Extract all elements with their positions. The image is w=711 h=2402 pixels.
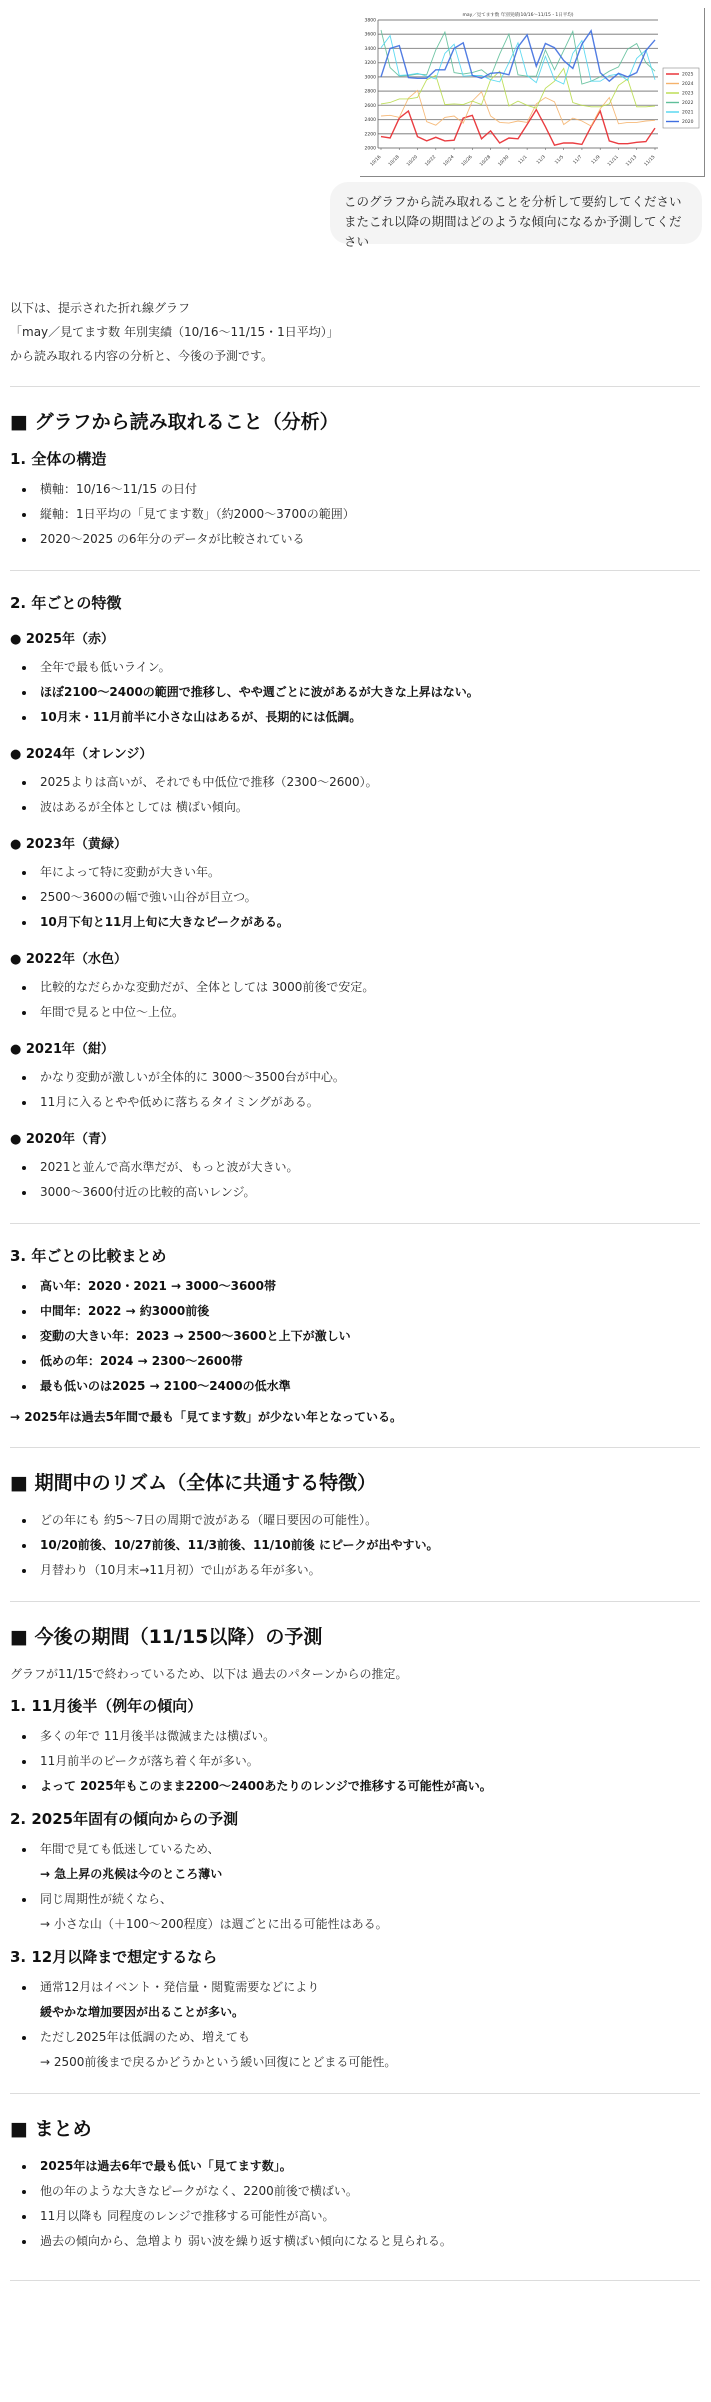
- list-item: 通常12月はイベント・発信量・閲覧需要などにより 緩やかな増加要因が出ることが多…: [40, 1975, 700, 2025]
- forecast-heading: ■ 今後の期間（11/15以降）の予測: [10, 1622, 700, 1652]
- trend-2025-heading: 2. 2025年固有の傾向からの予測: [10, 1807, 700, 1831]
- list-item: 2500〜3600の幅で強い山谷が目立つ。: [40, 885, 700, 910]
- divider: [10, 1223, 700, 1224]
- svg-text:2000: 2000: [365, 146, 377, 152]
- list-item: 他の年のような大きなピークがなく、2200前後で横ばい。: [40, 2179, 700, 2204]
- list-item: 月替わり（10月末→11月初）で山がある年が多い。: [40, 1558, 700, 1583]
- divider: [10, 1601, 700, 1602]
- divider: [10, 2093, 700, 2094]
- svg-text:2022: 2022: [682, 100, 694, 106]
- svg-text:2021: 2021: [682, 110, 694, 116]
- svg-text:11/9: 11/9: [590, 154, 601, 165]
- list-item: 縦軸：1日平均の「見てます数」（約2000〜3700の範囲）: [40, 502, 700, 527]
- list-item: 過去の傾向から、急増より 弱い波を繰り返す横ばい傾向になると見られる。: [40, 2229, 700, 2254]
- year-2024-list: 2025よりは高いが、それでも中低位で推移（2300〜2600）。 波はあるが全…: [10, 770, 700, 820]
- list-item: ただし2025年は低調のため、増えても → 2500前後まで戻るかどうかという緩…: [40, 2025, 700, 2075]
- yearly-heading: 2. 年ごとの特徴: [10, 591, 700, 615]
- comparison-list: 高い年：2020・2021 → 3000〜3600帯 中間年：2022 → 約3…: [10, 1274, 700, 1399]
- list-item: どの年にも 約5〜7日の周期で波がある（曜日要因の可能性）。: [40, 1508, 700, 1533]
- svg-text:2400: 2400: [365, 117, 377, 123]
- trend-2025-list: 年間で見ても低迷しているため、 → 急上昇の兆候は今のところ薄い 同じ周期性が続…: [10, 1837, 700, 1937]
- divider: [10, 570, 700, 571]
- svg-text:11/15: 11/15: [643, 154, 657, 168]
- user-message-line-1: このグラフから読み取れることを分析して要約してください: [344, 192, 688, 212]
- list-item: 多くの年で 11月後半は微減または横ばい。: [40, 1724, 700, 1749]
- list-item: 同じ周期性が続くなら、 → 小さな山（＋100〜200程度）は週ごとに出る可能性…: [40, 1887, 700, 1937]
- divider: [10, 2280, 700, 2281]
- list-item: よって 2025年もこのまま2200〜2400あたりのレンジで推移する可能性が高…: [40, 1774, 700, 1799]
- year-2022-heading: ● 2022年（水色）: [10, 949, 700, 971]
- attached-chart-image[interactable]: may／見てます数 年別実績(10/16〜11/15・1日平均)20002200…: [360, 8, 705, 177]
- svg-text:11/5: 11/5: [554, 154, 565, 165]
- svg-text:3000: 3000: [365, 74, 377, 80]
- svg-text:10/28: 10/28: [479, 154, 493, 168]
- svg-text:3600: 3600: [365, 32, 377, 38]
- december-list: 通常12月はイベント・発信量・閲覧需要などにより 緩やかな増加要因が出ることが多…: [10, 1975, 700, 2075]
- late-nov-list: 多くの年で 11月後半は微減または横ばい。 11月前半のピークが落ち着く年が多い…: [10, 1724, 700, 1799]
- svg-text:2023: 2023: [682, 91, 694, 97]
- svg-text:2200: 2200: [365, 131, 377, 137]
- list-item: 3000〜3600付近の比較的高いレンジ。: [40, 1180, 700, 1205]
- rhythm-list: どの年にも 約5〜7日の周期で波がある（曜日要因の可能性）。 10/20前後、1…: [10, 1508, 700, 1583]
- list-item: 11月以降も 同程度のレンジで推移する可能性が高い。: [40, 2204, 700, 2229]
- assistant-response: 以下は、提示された折れ線グラフ 「may／見てます数 年別実績（10/16〜11…: [10, 296, 700, 2301]
- intro-line-3: から読み取れる内容の分析と、今後の予測です。: [10, 344, 700, 368]
- year-2024-heading: ● 2024年（オレンジ）: [10, 744, 700, 766]
- structure-list: 横軸：10/16〜11/15 の日付 縦軸：1日平均の「見てます数」（約2000…: [10, 477, 700, 552]
- list-item: 10月末・11月前半に小さな山はあるが、長期的には低調。: [40, 705, 700, 730]
- year-2022-list: 比較的なだらかな変動だが、全体としては 3000前後で安定。 年間で見ると中位〜…: [10, 975, 700, 1025]
- year-2023-list: 年によって特に変動が大きい年。 2500〜3600の幅で強い山谷が目立つ。 10…: [10, 860, 700, 935]
- list-item: 低めの年：2024 → 2300〜2600帯: [40, 1349, 700, 1374]
- list-item: 年間で見ると中位〜上位。: [40, 1000, 700, 1025]
- list-item-line: → 2500前後まで戻るかどうかという緩い回復にとどまる可能性。: [40, 2050, 700, 2075]
- list-item: 年間で見ても低迷しているため、 → 急上昇の兆候は今のところ薄い: [40, 1837, 700, 1887]
- year-2025-heading: ● 2025年（赤）: [10, 629, 700, 651]
- line-chart: may／見てます数 年別実績(10/16〜11/15・1日平均)20002200…: [360, 8, 704, 176]
- rhythm-heading: ■ 期間中のリズム（全体に共通する特徴）: [10, 1468, 700, 1498]
- svg-text:11/7: 11/7: [572, 154, 583, 165]
- december-heading: 3. 12月以降まで想定するなら: [10, 1945, 700, 1969]
- summary-heading: ■ まとめ: [10, 2114, 700, 2144]
- list-item: 10/20前後、10/27前後、11/3前後、11/10前後 にピークが出やすい…: [40, 1533, 700, 1558]
- analysis-heading: ■ グラフから読み取れること（分析）: [10, 407, 700, 437]
- list-item: 2025よりは高いが、それでも中低位で推移（2300〜2600）。: [40, 770, 700, 795]
- svg-text:11/3: 11/3: [535, 154, 546, 165]
- list-item: 中間年：2022 → 約3000前後: [40, 1299, 700, 1324]
- svg-text:11/1: 11/1: [517, 154, 528, 165]
- list-item: 2021と並んで高水準だが、もっと波が大きい。: [40, 1155, 700, 1180]
- svg-text:10/30: 10/30: [497, 154, 511, 168]
- list-item: 最も低いのは2025 → 2100〜2400の低水準: [40, 1374, 700, 1399]
- list-item: 高い年：2020・2021 → 3000〜3600帯: [40, 1274, 700, 1299]
- list-item: 波はあるが全体としては 横ばい傾向。: [40, 795, 700, 820]
- late-nov-heading: 1. 11月後半（例年の傾向）: [10, 1694, 700, 1718]
- year-2020-heading: ● 2020年（青）: [10, 1129, 700, 1151]
- divider: [10, 386, 700, 387]
- comparison-conclusion: → 2025年は過去5年間で最も「見てます数」が少ない年となっている。: [10, 1405, 700, 1429]
- list-item-line: 同じ周期性が続くなら、: [40, 1887, 700, 1912]
- divider: [10, 1447, 700, 1448]
- list-item-line: 年間で見ても低迷しているため、: [40, 1837, 700, 1862]
- svg-text:2025: 2025: [682, 72, 694, 78]
- svg-text:10/22: 10/22: [424, 154, 438, 168]
- list-item: 11月に入るとやや低めに落ちるタイミングがある。: [40, 1090, 700, 1115]
- svg-text:10/20: 10/20: [406, 154, 420, 168]
- list-item: 全年で最も低いライン。: [40, 655, 700, 680]
- list-item-line: → 小さな山（＋100〜200程度）は週ごとに出る可能性はある。: [40, 1912, 700, 1937]
- summary-list: 2025年は過去6年で最も低い「見てます数」。 他の年のような大きなピークがなく…: [10, 2154, 700, 2254]
- year-2023-heading: ● 2023年（黄緑）: [10, 834, 700, 856]
- year-2021-heading: ● 2021年（紺）: [10, 1039, 700, 1061]
- svg-text:may／見てます数 年別実績(10/16〜11/15・1日平: may／見てます数 年別実績(10/16〜11/15・1日平均): [462, 11, 573, 18]
- svg-text:11/11: 11/11: [606, 154, 620, 168]
- list-item: 11月前半のピークが落ち着く年が多い。: [40, 1749, 700, 1774]
- list-item: 比較的なだらかな変動だが、全体としては 3000前後で安定。: [40, 975, 700, 1000]
- intro-line-1: 以下は、提示された折れ線グラフ: [10, 296, 700, 320]
- list-item: 横軸：10/16〜11/15 の日付: [40, 477, 700, 502]
- svg-text:11/13: 11/13: [625, 154, 639, 168]
- intro-line-2: 「may／見てます数 年別実績（10/16〜11/15・1日平均）」: [10, 320, 700, 344]
- list-item: 10月下旬と11月上旬に大きなピークがある。: [40, 910, 700, 935]
- svg-text:2024: 2024: [682, 81, 694, 87]
- comparison-heading: 3. 年ごとの比較まとめ: [10, 1244, 700, 1268]
- svg-text:3400: 3400: [365, 46, 377, 52]
- svg-text:3800: 3800: [365, 18, 377, 24]
- list-item: 2020〜2025 の6年分のデータが比較されている: [40, 527, 700, 552]
- user-message-line-2: またこれ以降の期間はどのような傾向になるか予測してください: [344, 212, 688, 252]
- svg-text:2600: 2600: [365, 103, 377, 109]
- list-item-line: 通常12月はイベント・発信量・閲覧需要などにより: [40, 1975, 700, 2000]
- svg-text:3200: 3200: [365, 60, 377, 66]
- list-item: 年によって特に変動が大きい年。: [40, 860, 700, 885]
- list-item-line: 緩やかな増加要因が出ることが多い。: [40, 2000, 700, 2025]
- structure-heading: 1. 全体の構造: [10, 447, 700, 471]
- forecast-note: グラフが11/15で終わっているため、以下は 過去のパターンからの推定。: [10, 1662, 700, 1686]
- year-2020-list: 2021と並んで高水準だが、もっと波が大きい。 3000〜3600付近の比較的高…: [10, 1155, 700, 1205]
- svg-text:2800: 2800: [365, 89, 377, 95]
- list-item: かなり変動が激しいが全体的に 3000〜3500台が中心。: [40, 1065, 700, 1090]
- year-2021-list: かなり変動が激しいが全体的に 3000〜3500台が中心。 11月に入るとやや低…: [10, 1065, 700, 1115]
- svg-text:10/24: 10/24: [442, 154, 456, 168]
- svg-text:10/18: 10/18: [387, 154, 401, 168]
- user-message-bubble: このグラフから読み取れることを分析して要約してください またこれ以降の期間はどの…: [330, 182, 702, 244]
- list-item-line: → 急上昇の兆候は今のところ薄い: [40, 1862, 700, 1887]
- svg-text:2020: 2020: [682, 119, 694, 125]
- list-item: 変動の大きい年：2023 → 2500〜3600と上下が激しい: [40, 1324, 700, 1349]
- svg-text:10/16: 10/16: [369, 154, 383, 168]
- list-item: ほぼ2100〜2400の範囲で推移し、やや週ごとに波があるが大きな上昇はない。: [40, 680, 700, 705]
- year-2025-list: 全年で最も低いライン。 ほぼ2100〜2400の範囲で推移し、やや週ごとに波があ…: [10, 655, 700, 730]
- list-item-line: ただし2025年は低調のため、増えても: [40, 2025, 700, 2050]
- svg-text:10/26: 10/26: [460, 154, 474, 168]
- list-item: 2025年は過去6年で最も低い「見てます数」。: [40, 2154, 700, 2179]
